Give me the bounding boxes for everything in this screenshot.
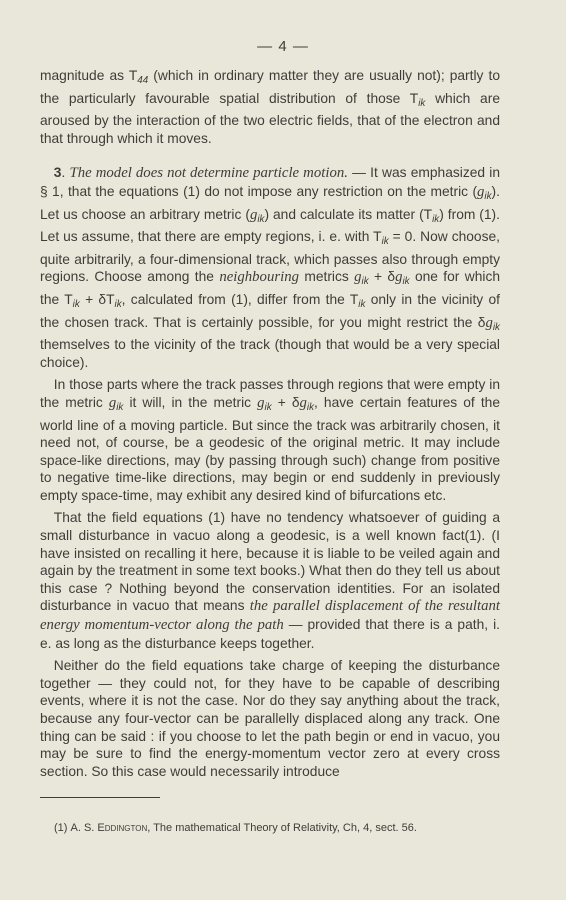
paragraph-p0: magnitude as T44 (which in ordinary matt… [40, 67, 500, 147]
footnote-rule [40, 797, 160, 798]
subscript: 44 [137, 75, 148, 86]
emphasis: the parallel displacement of the resulta… [40, 598, 500, 633]
math-symbol: g [257, 395, 264, 411]
subscript: ik [265, 402, 272, 413]
math-symbol: g [395, 269, 402, 285]
paragraph-p3: That the field equations (1) have no ten… [40, 509, 500, 652]
footnote-author: A. S. Eddington [71, 822, 148, 834]
footnote-text: , The mathematical Theory of Relativity,… [147, 822, 417, 834]
subscript: ik [493, 322, 500, 333]
subscript: ik [484, 191, 491, 202]
math-symbol: g [300, 395, 307, 411]
subscript: ik [402, 276, 409, 287]
math-symbol: g [485, 315, 492, 331]
paragraph-p1: 3. The model does not determine particle… [40, 164, 500, 371]
page-number: — 4 — [0, 38, 566, 55]
paragraph-p2: In those parts where the track passes th… [40, 376, 500, 504]
section-number: 3 [54, 164, 62, 180]
subscript: ik [257, 214, 264, 225]
section-title: The model does not determine particle mo… [70, 165, 348, 181]
subscript: ik [73, 299, 80, 310]
footnote-marker: (1) [54, 822, 67, 834]
math-symbol: g [250, 207, 257, 223]
subscript: ik [432, 214, 439, 225]
subscript: ik [382, 236, 389, 247]
emphasis: neighbouring [219, 269, 299, 285]
subscript: ik [362, 276, 369, 287]
footnote: (1) A. S. Eddington, The mathematical Th… [54, 821, 504, 835]
subscript: ik [115, 299, 122, 310]
subscript: ik [418, 98, 425, 109]
body-text: magnitude as T44 (which in ordinary matt… [40, 67, 500, 780]
subscript: ik [116, 402, 123, 413]
subscript: ik [358, 299, 365, 310]
subscript: ik [307, 402, 314, 413]
paragraph-p4: Neither do the field equations take char… [40, 657, 500, 780]
